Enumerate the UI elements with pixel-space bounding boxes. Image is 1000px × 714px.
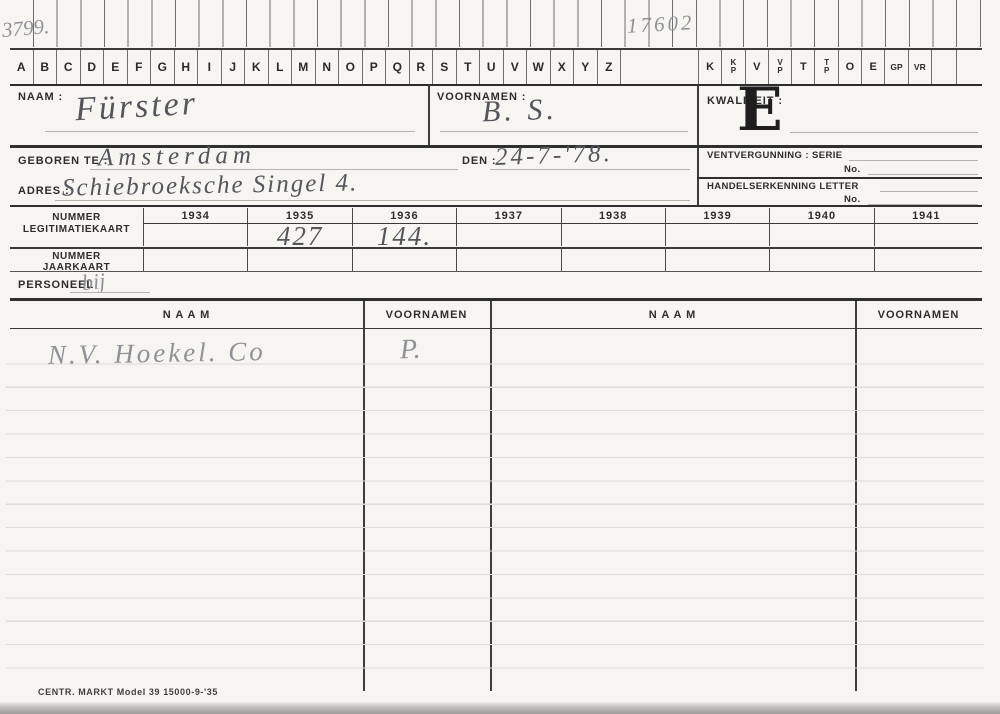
alphabet-cell: L <box>269 50 293 84</box>
year-header-cell: 1937 <box>456 208 560 223</box>
kwaliteit-guide-line <box>790 132 978 133</box>
alphabet-code-cell: E <box>862 50 885 84</box>
alphabet-cell: R <box>410 50 434 84</box>
jaarkaart-value-cell <box>456 249 560 271</box>
naam-handwriting: Fürster <box>74 85 199 129</box>
alphabet-cell: J <box>222 50 246 84</box>
alphabet-cell: V <box>504 50 528 84</box>
legitimatie-value-cell <box>143 224 247 246</box>
legitimatie-value-cell <box>456 224 560 246</box>
jaarkaart-value-cell <box>874 249 978 271</box>
alphabet-cell: B <box>34 50 58 84</box>
legitimatie-value-cell <box>561 224 665 246</box>
jaarkaart-value-cell <box>352 249 456 271</box>
alphabet-cell: A <box>10 50 34 84</box>
personnel-voornamen-handwriting: P. <box>399 334 421 367</box>
ventvergunning-no-label: No. <box>844 164 861 175</box>
header-naam-right: N A A M <box>490 301 855 328</box>
table-ruled-lines <box>6 341 984 677</box>
alphabet-cell: G <box>151 50 175 84</box>
legitimatie-value-cell <box>874 224 978 246</box>
years-grid: 19341935193619371938193919401941 427144. <box>143 208 978 246</box>
voornamen-handwriting: B. S. <box>481 93 558 130</box>
geboren-te-handwriting: Amsterdam <box>98 142 256 173</box>
handelserkenning-no-label: No. <box>844 194 861 205</box>
den-handwriting: 24-7-'78. <box>495 140 614 172</box>
alphabet-cell: E <box>104 50 128 84</box>
alphabet-cell: O <box>339 50 363 84</box>
year-header-cell: 1938 <box>561 208 665 223</box>
ventvergunning-serie-line <box>849 160 978 161</box>
ventvergunning-label: VENTVERGUNNING : SERIE <box>707 150 842 161</box>
personnel-table-header: N A A M VOORNAMEN N A A M VOORNAMEN <box>10 301 982 329</box>
den-guide-line <box>490 169 690 170</box>
alphabet-cell: D <box>81 50 105 84</box>
personnel-naam-handwriting: N.V. Hoekel. Co <box>48 336 266 371</box>
year-header-cell: 1940 <box>769 208 873 223</box>
year-header-cell: 1939 <box>665 208 769 223</box>
alphabet-cell: I <box>198 50 222 84</box>
years-header-row: 19341935193619371938193919401941 <box>143 208 978 224</box>
alphabet-cell: C <box>57 50 81 84</box>
alphabet-cell: N <box>316 50 340 84</box>
legitimatiekaart-label-line1: NUMMER <box>10 212 143 223</box>
alphabet-gap-cell <box>621 50 699 84</box>
adres-handwriting: Schiebroeksche Singel 4. <box>62 169 359 202</box>
jaarkaart-values-row <box>143 249 978 271</box>
vent-handel-separator <box>697 177 982 179</box>
alphabet-cell: U <box>480 50 504 84</box>
alphabet-cell: Q <box>386 50 410 84</box>
alphabet-cell: K <box>245 50 269 84</box>
year-header-cell: 1934 <box>143 208 247 223</box>
jaarkaart-value-cell <box>143 249 247 271</box>
jaarkaart-value-cell <box>561 249 665 271</box>
geboren-te-guide-line <box>90 169 458 170</box>
alphabet-code-cell: O <box>839 50 862 84</box>
handelserkenning-label: HANDELSERKENNING LETTER <box>707 181 859 192</box>
alphabet-cell: T <box>457 50 481 84</box>
registry-number-annotation: 17602 <box>626 10 695 38</box>
naam-guide-line <box>45 131 415 132</box>
kwaliteit-value: E <box>737 82 783 138</box>
alphabet-cell: M <box>292 50 316 84</box>
jaarkaart-grid <box>143 249 978 271</box>
bottom-scan-edge <box>0 702 1000 714</box>
legitimatie-value-cell <box>665 224 769 246</box>
alphabet-code-cell: GP <box>885 50 908 84</box>
legitimatie-value-cell: 144. <box>352 224 456 246</box>
header-voornamen-left: VOORNAMEN <box>363 301 490 328</box>
personeel-guide-line <box>70 292 150 293</box>
alphabet-letters: ABCDEFGHIJKLMNOPQRSTUVWXYZ <box>10 50 621 84</box>
legitimatiekaart-label-line2: LEGITIMATIEKAART <box>10 224 143 235</box>
ventvergunning-no-line <box>868 174 978 175</box>
geboren-te-label: GEBOREN TE : <box>18 155 108 167</box>
jaarkaart-value-cell <box>665 249 769 271</box>
legitimatie-value-cell <box>769 224 873 246</box>
alphabet-code-cell: K <box>699 50 722 84</box>
alphabet-code-cell: VR <box>909 50 932 84</box>
alphabet-code-cell <box>957 50 981 84</box>
top-column-ticks <box>33 0 981 47</box>
footer-imprint: CENTR. MARKT Model 39 15000-9-'35 <box>38 687 218 697</box>
naam-label: NAAM : <box>18 91 63 103</box>
alphabet-code-cell: TP <box>815 50 838 84</box>
alphabet-cell: S <box>433 50 457 84</box>
registration-card: 3799. 17602 ABCDEFGHIJKLMNOPQRSTUVWXYZ K… <box>0 0 1000 714</box>
alphabet-cell: X <box>551 50 575 84</box>
header-naam-left: N A A M <box>10 301 363 328</box>
jaarkaart-value-cell <box>247 249 351 271</box>
jaarkaart-bottom-rule <box>10 271 982 272</box>
den-label: DEN : <box>462 155 496 167</box>
alphabet-cell: Z <box>598 50 622 84</box>
alphabet-index-row: ABCDEFGHIJKLMNOPQRSTUVWXYZ KKPVVPTTPOEGP… <box>10 48 982 86</box>
serial-number-annotation: 3799. <box>1 14 50 43</box>
naam-voornamen-divider <box>428 85 430 145</box>
alphabet-cell: Y <box>574 50 598 84</box>
jaarkaart-value-cell <box>769 249 873 271</box>
legitimatie-value-cell: 427 <box>247 224 351 246</box>
alphabet-code-cell: T <box>792 50 815 84</box>
alphabet-code-cell <box>932 50 957 84</box>
alphabet-cell: H <box>175 50 199 84</box>
alphabet-cell: F <box>128 50 152 84</box>
legitimatie-values-row: 427144. <box>143 224 978 246</box>
alphabet-cell: P <box>363 50 387 84</box>
handelserkenning-letter-line <box>880 191 978 192</box>
adres-guide-line <box>55 200 690 201</box>
years-table-top-rule <box>10 205 982 207</box>
year-header-cell: 1941 <box>874 208 978 223</box>
voornamen-guide-line <box>440 131 688 132</box>
alphabet-cell: W <box>527 50 551 84</box>
header-voornamen-right: VOORNAMEN <box>855 301 982 328</box>
jaarkaart-label-line1: NUMMER <box>10 251 143 262</box>
